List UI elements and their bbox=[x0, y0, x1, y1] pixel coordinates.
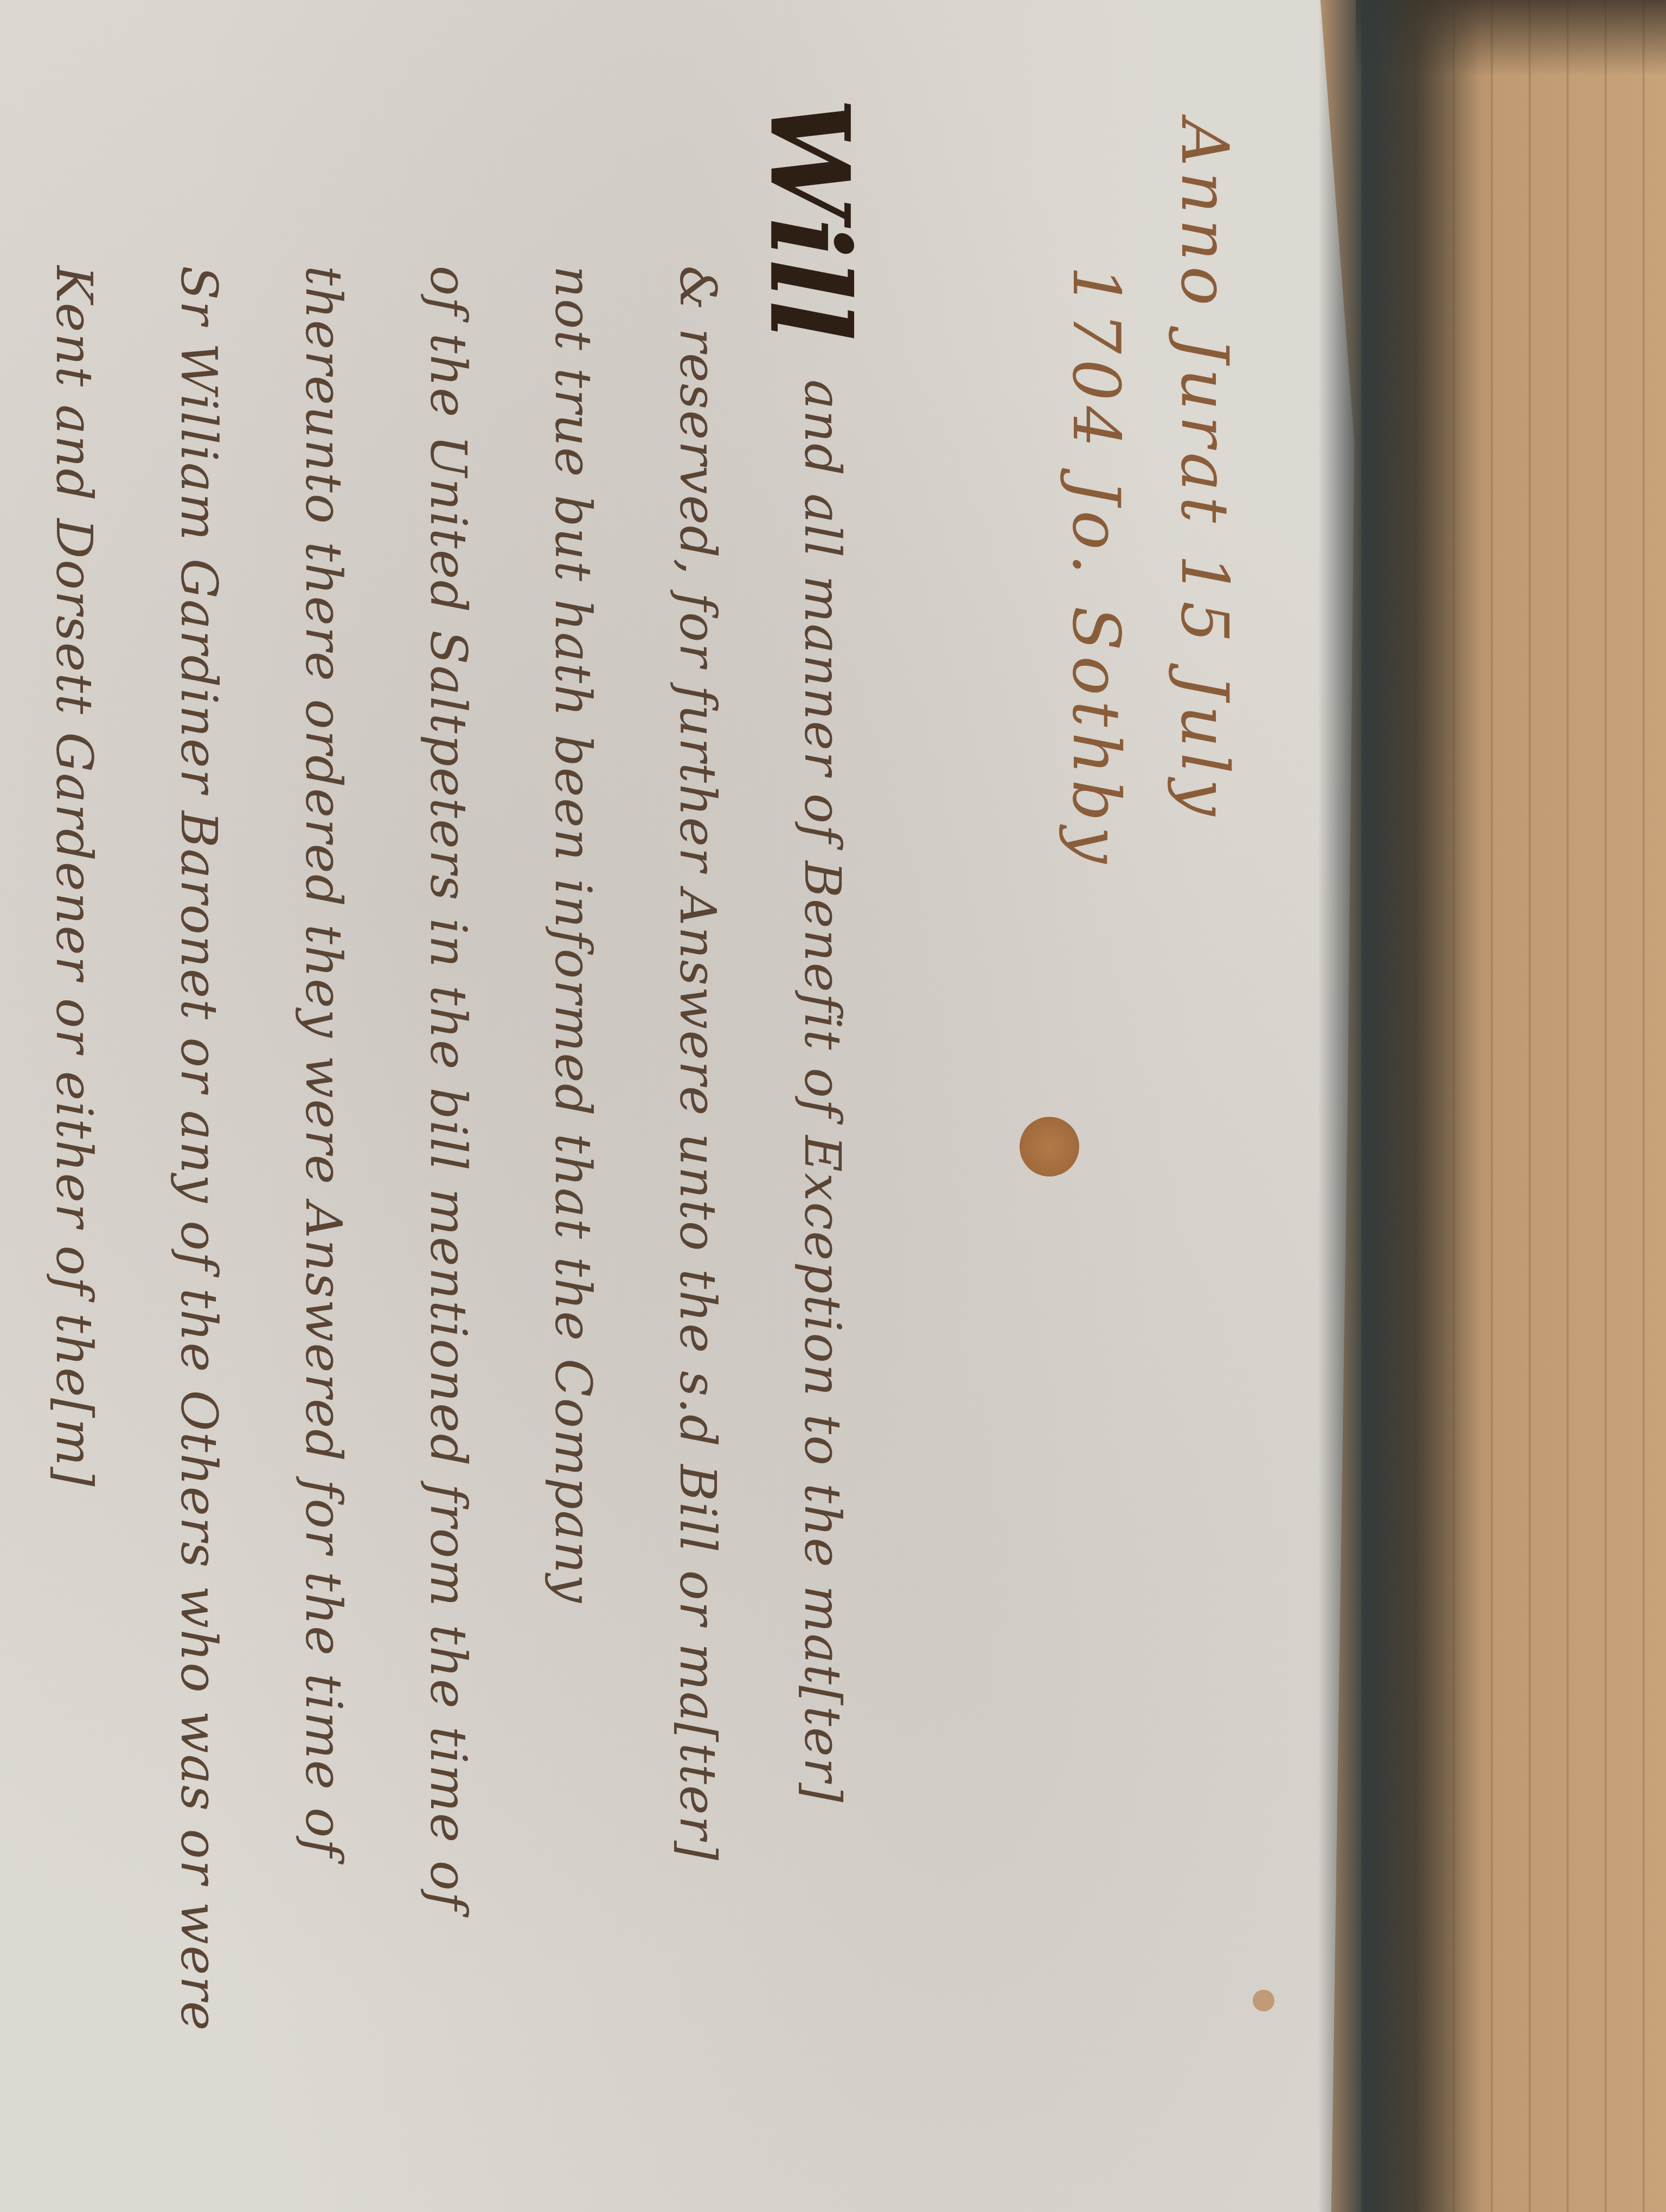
header-line-2: 1704 Jo. Sothby bbox=[1058, 266, 1133, 869]
body-line-4: of the United Saltpeters in the bill men… bbox=[419, 266, 477, 1911]
body-line-2: & reserved, for further Answere unto the… bbox=[669, 266, 727, 1861]
parchment-edge-shadow bbox=[1318, 0, 1481, 2212]
body-line-5: thereunto there ordered they were Answer… bbox=[294, 266, 353, 1859]
handwritten-text-block: Anno Jurat 15 July 1704 Jo. Sothby Will … bbox=[27, 76, 1274, 2136]
body-line-6: Sr William Gardiner Baronet or any of th… bbox=[170, 266, 228, 2031]
body-line-1: and all manner of Benefit of Exception t… bbox=[793, 380, 851, 1803]
body-line-3: not true but hath been informed that the… bbox=[544, 266, 602, 1604]
document-title: Will bbox=[746, 98, 873, 341]
body-line-7: Kent and Dorsett Gardener or either of t… bbox=[45, 266, 103, 1488]
header-line-1: Anno Jurat 15 July bbox=[1167, 119, 1242, 821]
